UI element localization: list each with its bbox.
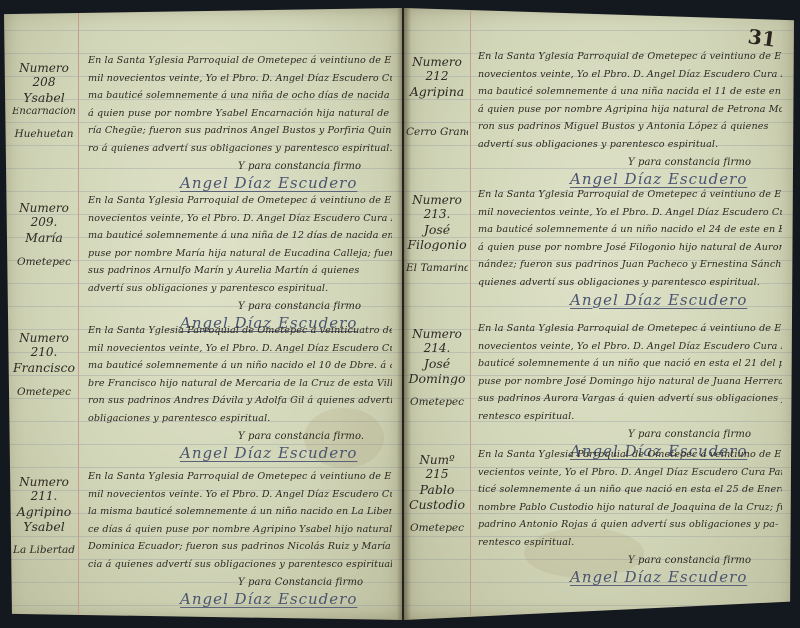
entry-line: ma bauticé solemnemente á una niña de 12… <box>88 227 392 245</box>
entry-number: 214. <box>406 342 468 354</box>
entry-number: 213. <box>406 208 468 220</box>
baptized-name: Francisco <box>10 362 78 375</box>
priest-signature: Angel Díaz Escudero <box>478 569 782 587</box>
entry-line: En la Santa Yglesia Parroquial de Ometep… <box>88 322 392 340</box>
birthplace: Ometepec <box>406 523 468 534</box>
entry-line: nández; fueron sus padrinos Juan Pacheco… <box>478 256 782 274</box>
entry-line: ticé solemnemente á un niño que nació en… <box>478 481 782 499</box>
entry-number: 208 <box>10 76 78 88</box>
entry-line: rentesco espiritual. <box>478 534 782 552</box>
entry-margin: Numº 215 Pablo Custodio Ometepec <box>406 454 468 534</box>
entry-line: bauticé solemnemente á un niño que nació… <box>478 355 782 373</box>
entry-line: puse por nombre José Domingo hijo natura… <box>478 373 782 391</box>
entry-line: advertí sus obligaciones y parentesco es… <box>478 136 782 154</box>
entry-text: En la Santa Yglesia Parroquial de Ometep… <box>88 468 392 609</box>
birthplace: La Libertad <box>10 545 78 556</box>
entry-number: 215 <box>406 468 468 480</box>
entry-line: mil novecientos veinte, Yo el Pbro. D. A… <box>88 340 392 358</box>
entry-margin: Numero 211. Agripino Ysabel La Libertad <box>10 476 78 556</box>
number-label: Numero <box>10 332 78 344</box>
baptized-name: María <box>10 232 78 245</box>
entry-margin: Numero 208 Ysabel Encarnación Huehuetan <box>10 62 78 139</box>
entry-line: En la Santa Yglesia Parroquial de Ometep… <box>88 52 392 70</box>
entry-line: En la Santa Yglesia Parroquial de Ometep… <box>478 446 782 464</box>
left-page: Numero 208 Ysabel Encarnación Huehuetan … <box>4 8 402 620</box>
entry-line: ron sus padrinos Andres Dávila y Adolfa … <box>88 392 392 410</box>
closing-formula: Y para constancia firmo <box>478 552 782 570</box>
baptism-entry-210: Numero 210. Francisco Ometepec En la San… <box>4 322 402 472</box>
entry-number: 209. <box>10 216 78 228</box>
entry-text: En la Santa Yglesia Parroquial de Ometep… <box>478 320 782 461</box>
entry-line: ron sus padrinos Miguel Bustos y Antonia… <box>478 118 782 136</box>
entry-number: 212 <box>406 70 468 82</box>
entry-line: ma bauticé solemnemente á un niño nacido… <box>478 221 782 239</box>
entry-line: ro á quienes advertí sus obligaciones y … <box>88 140 392 158</box>
baptism-entry-211: Numero 211. Agripino Ysabel La Libertad … <box>4 468 402 618</box>
entry-line: ma bauticé solemnemente á un niño nacido… <box>88 357 392 375</box>
number-label: Numero <box>406 56 468 68</box>
baptized-name: Agripino <box>10 506 78 519</box>
entry-line: ma bauticé solemnemente á una niña nacid… <box>478 83 782 101</box>
register-book: Numero 208 Ysabel Encarnación Huehuetan … <box>4 8 796 620</box>
number-label: Numero <box>10 476 78 488</box>
entry-line: sus padrinos Aurora Vargas á quien adver… <box>478 390 782 408</box>
entry-margin: Numero 209. María Ometepec <box>10 202 78 267</box>
entry-line: En la Santa Yglesia Parroquial de Ometep… <box>88 468 392 486</box>
entry-text: En la Santa Yglesia Parroquial de Ometep… <box>88 192 392 333</box>
birthplace: Cerro Grande <box>406 127 468 138</box>
closing-formula: Y para Constancia firmo <box>88 574 392 592</box>
baptized-name: Ysabel <box>10 92 78 105</box>
baptized-name: Agripina <box>406 86 468 99</box>
priest-signature: Angel Díaz Escudero <box>88 591 392 609</box>
entry-line: novecientos veinte, Yo el Pbro. D. Angel… <box>478 66 782 84</box>
entry-number: 210. <box>10 346 78 358</box>
entry-line: obligaciones y parentesco espiritual. <box>88 410 392 428</box>
number-label: Numero <box>406 328 468 340</box>
number-label: Numº <box>406 454 468 466</box>
closing-formula: Y para constancia firmo <box>88 158 392 176</box>
entry-line: advertí sus obligaciones y parentesco es… <box>88 280 392 298</box>
closing-formula: Y para constancia firmo <box>478 426 782 444</box>
birthplace: El Tamarindo. <box>406 263 468 274</box>
entry-line: á quien puse por nombre José Filogonio h… <box>478 239 782 257</box>
entry-text: En la Santa Yglesia Parroquial de Ometep… <box>478 186 782 309</box>
priest-signature: Angel Díaz Escudero <box>478 292 782 310</box>
entry-line: mil novecientos veinte, Yo el Pbro. D. A… <box>88 70 392 88</box>
baptized-name: José <box>406 358 468 371</box>
entry-margin: Numero 214. José Domingo Ometepec <box>406 328 468 408</box>
entry-line: mil novecientos veinte. Yo el Pbro. D. A… <box>88 486 392 504</box>
baptized-name: Pablo <box>406 484 468 497</box>
entry-line: puse por nombre María hija natural de Eu… <box>88 245 392 263</box>
birthplace: Ometepec <box>10 387 78 398</box>
entry-margin: Numero 213. José Filogonio El Tamarindo. <box>406 194 468 274</box>
baptism-entry-209: Numero 209. María Ometepec En la Santa Y… <box>4 192 402 332</box>
entry-line: novecientos veinte, Yo el Pbro. D. Angel… <box>478 338 782 356</box>
number-label: Numero <box>406 194 468 206</box>
baptism-entry-214: Numero 214. José Domingo Ometepec En la … <box>404 320 794 450</box>
number-label: Numero <box>10 202 78 214</box>
entry-line: sus padrinos Arnulfo Marín y Aurelia Mar… <box>88 262 392 280</box>
priest-signature: Angel Díaz Escudero <box>88 445 392 463</box>
entry-line: cia á quienes advertí sus obligaciones y… <box>88 556 392 574</box>
entry-margin: Numero 212 Agripina Cerro Grande <box>406 56 468 137</box>
baptized-name: José <box>406 224 468 237</box>
entry-line: En la Santa Yglesia Parroquial de Ometep… <box>478 186 782 204</box>
entry-line: mil novecientos veinte, Yo el Pbro. D. A… <box>478 204 782 222</box>
closing-formula: Y para constancia firmo <box>478 154 782 172</box>
entry-text: En la Santa Yglesia Parroquial de Ometep… <box>88 322 392 463</box>
entry-line: bre Francisco hijo natural de Mercaria d… <box>88 375 392 393</box>
closing-formula: Y para constancia firmo. <box>88 428 392 446</box>
entry-text: En la Santa Yglesia Parroquial de Ometep… <box>478 446 782 587</box>
entry-line: Dominica Ecuador; fueron sus padrinos Ni… <box>88 538 392 556</box>
entry-line: padrino Antonio Rojas á quien advertí su… <box>478 516 782 534</box>
birthplace: Ometepec <box>406 397 468 408</box>
entry-line: En la Santa Yglesia Parroquial de Ometep… <box>88 192 392 210</box>
birthplace: Ometepec <box>10 257 78 268</box>
entry-text: En la Santa Yglesia Parroquial de Ometep… <box>478 48 782 189</box>
priest-signature: Angel Díaz Escudero <box>88 175 392 193</box>
entry-line: vecientos veinte, Yo el Pbro. D. Angel D… <box>478 464 782 482</box>
entry-line: á quien puse por nombre Ysabel Encarnaci… <box>88 105 392 123</box>
entry-line: En la Santa Yglesia Parroquial de Ometep… <box>478 320 782 338</box>
entry-line: ría Chegüe; fueron sus padrinos Angel Bu… <box>88 122 392 140</box>
entry-line: nombre Pablo Custodio hijo natural de Jo… <box>478 499 782 517</box>
right-page: 31 Numero 212 Agripina Cerro Grande En l… <box>404 8 794 620</box>
entry-margin: Numero 210. Francisco Ometepec <box>10 332 78 397</box>
baptism-entry-215: Numº 215 Pablo Custodio Ometepec En la S… <box>404 446 794 596</box>
entry-line: En la Santa Yglesia Parroquial de Ometep… <box>478 48 782 66</box>
entry-number: 211. <box>10 490 78 502</box>
baptism-entry-213: Numero 213. José Filogonio El Tamarindo.… <box>404 186 794 316</box>
birthplace: Huehuetan <box>10 129 78 140</box>
baptism-entry-208: Numero 208 Ysabel Encarnación Huehuetan … <box>4 52 402 202</box>
number-label: Numero <box>10 62 78 74</box>
entry-line: á quien puse por nombre Agripina hija na… <box>478 101 782 119</box>
entry-line: quienes advertí sus obligaciones y paren… <box>478 274 782 292</box>
baptized-name-extra: Encarnación <box>10 107 78 117</box>
entry-line: ma bauticé solemnemente á una niña de oc… <box>88 87 392 105</box>
baptized-name-extra: Filogonio <box>406 239 468 252</box>
entry-line: ce días á quien puse por nombre Agripino… <box>88 521 392 539</box>
baptized-name-extra: Custodio <box>406 499 468 512</box>
closing-formula: Y para constancia firmo <box>88 298 392 316</box>
entry-line: rentesco espiritual. <box>478 408 782 426</box>
baptized-name-extra: Ysabel <box>10 521 78 534</box>
entry-line: la misma bauticé solemnemente á un niño … <box>88 503 392 521</box>
entry-line: novecientos veinte, Yo el Pbro. D. Angel… <box>88 210 392 228</box>
book-gutter <box>397 8 411 620</box>
baptism-entry-212: Numero 212 Agripina Cerro Grande En la S… <box>404 48 794 188</box>
baptized-name-extra: Domingo <box>406 373 468 386</box>
entry-text: En la Santa Yglesia Parroquial de Ometep… <box>88 52 392 193</box>
